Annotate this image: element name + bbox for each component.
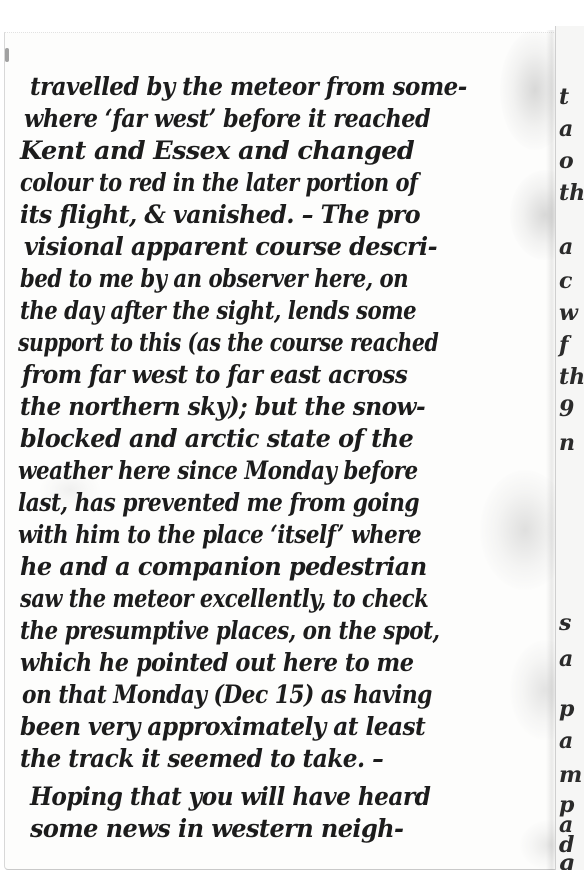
manuscript-line: Kent and Essex and changed [20, 138, 414, 163]
manuscript-line: bed to me by an observer here, on [20, 266, 408, 291]
adjacent-page-fragment: m [559, 764, 582, 786]
adjacent-page-fragment: n [559, 432, 575, 454]
manuscript-line: on that Monday (Dec 15) as having [22, 682, 432, 707]
manuscript-line: the track it seemed to take. – [20, 746, 383, 771]
manuscript-line: where ‘far west’ before it reached [24, 106, 430, 131]
adjacent-page-fragment: a [559, 730, 573, 752]
adjacent-page-edge: t a o th a c w f th 9 n s a p a m p a d … [555, 26, 584, 870]
margin-ink-mark [5, 48, 9, 62]
manuscript-line: the presumptive places, on the spot, [20, 618, 440, 643]
manuscript-line: been very approximately at least [20, 714, 425, 739]
adjacent-page-fragment: 9 [559, 398, 574, 420]
manuscript-line: Hoping that you will have heard [30, 784, 430, 809]
adjacent-page-fragment: a [559, 118, 573, 140]
manuscript-line: blocked and arctic state of the [20, 426, 413, 451]
adjacent-page-fragment: c [559, 270, 572, 292]
adjacent-page-fragment: p [559, 698, 574, 720]
manuscript-line: with him to the place ‘itself’ where [18, 522, 421, 547]
manuscript-line: saw the meteor excellently, to check [20, 586, 428, 611]
manuscript-line: travelled by the meteor from some- [30, 74, 467, 99]
manuscript-line: some news in western neigh- [30, 816, 403, 841]
adjacent-page-fragment: th [559, 182, 584, 204]
manuscript-line: last, has prevented me from going [18, 490, 419, 515]
adjacent-page-fragment: th [559, 366, 584, 388]
adjacent-page-fragment: w [559, 302, 578, 324]
adjacent-page-fragment: f [559, 334, 568, 356]
adjacent-page-fragment: t [559, 86, 569, 108]
manuscript-line: he and a companion pedestrian [20, 554, 427, 579]
manuscript-line: colour to red in the later portion of [20, 170, 417, 195]
adjacent-page-fragment: o [559, 150, 574, 172]
adjacent-page-fragment: s [559, 612, 571, 634]
manuscript-line: which he pointed out here to me [20, 650, 413, 675]
manuscript-line: visional apparent course descri- [24, 234, 437, 259]
manuscript-line: the day after the sight, lends some [20, 298, 416, 323]
adjacent-page-fragment: a [559, 236, 573, 258]
manuscript-line: support to this (as the course reached [18, 330, 438, 355]
adjacent-page-fragment: q [559, 852, 574, 870]
manuscript-line: weather here since Monday before [18, 458, 418, 483]
manuscript-line: its flight, & vanished. – The pro [20, 202, 420, 227]
manuscript-scan: t a o th a c w f th 9 n s a p a m p a d … [0, 0, 584, 888]
manuscript-line: the northern sky); but the snow- [20, 394, 425, 419]
adjacent-page-fragment: a [559, 648, 573, 670]
manuscript-line: from far west to far east across [22, 362, 407, 387]
